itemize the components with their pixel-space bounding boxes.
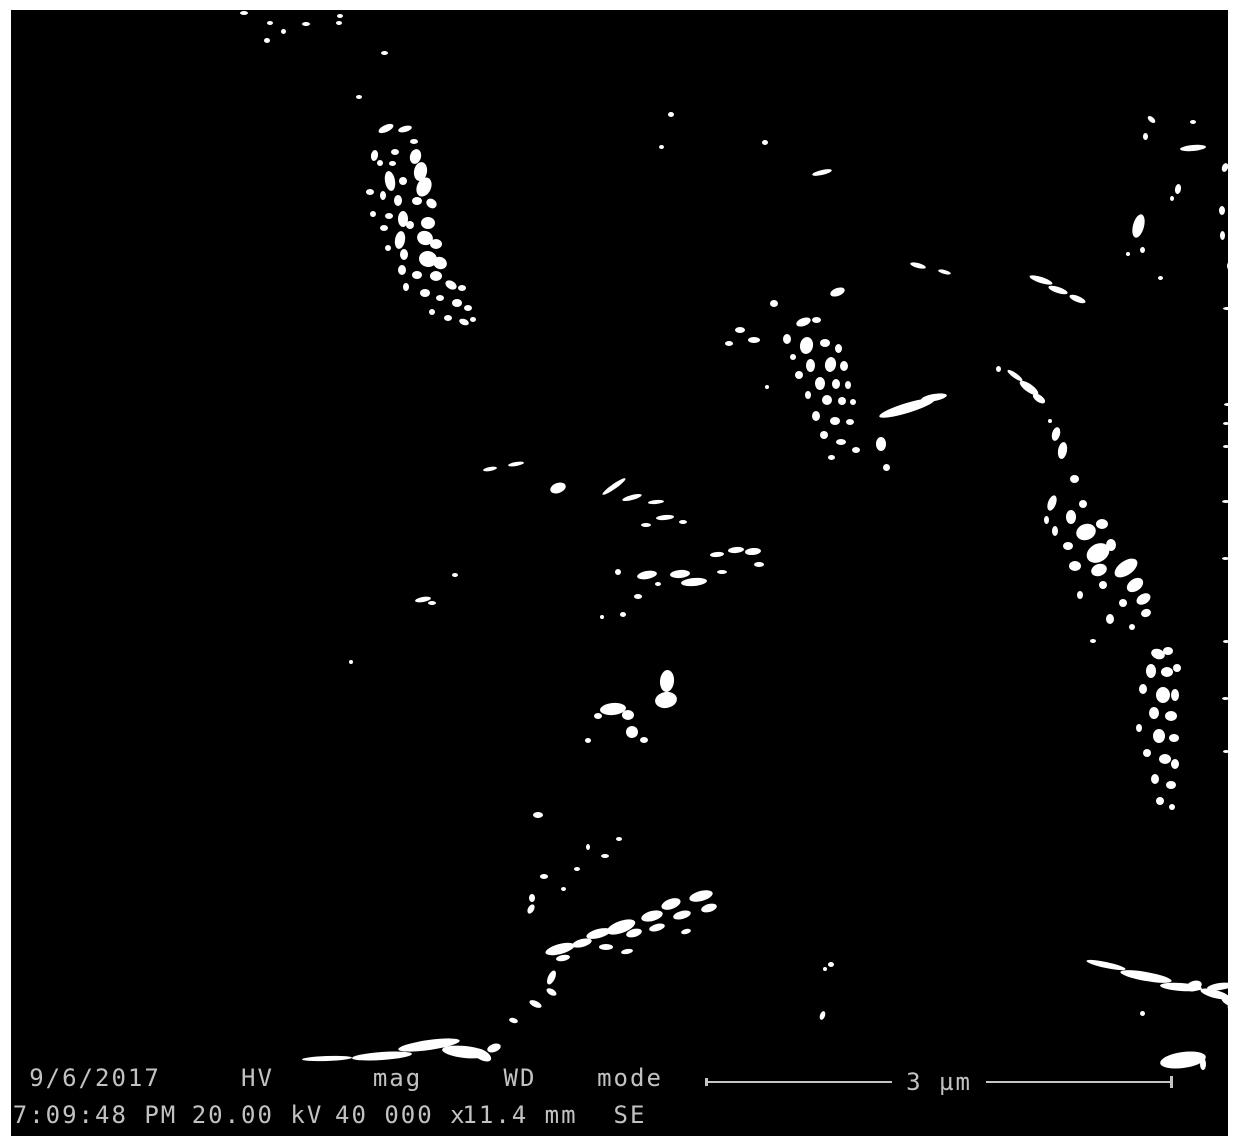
particle-blob	[1077, 591, 1083, 599]
particle-blob	[1223, 445, 1228, 448]
particle-blob	[1158, 276, 1163, 280]
particle-blob	[601, 854, 609, 858]
particle-blob	[470, 317, 476, 322]
particle-blob	[429, 309, 435, 315]
particle-blob	[410, 139, 418, 144]
particle-blob	[1106, 614, 1114, 624]
particle-blob	[670, 569, 691, 579]
particle-blob	[634, 594, 642, 599]
particle-blob	[745, 547, 762, 555]
particle-blob	[648, 499, 664, 504]
particle-blob	[436, 295, 444, 301]
particle-blob	[710, 551, 724, 557]
particle-blob	[428, 601, 436, 605]
particle-blob	[838, 397, 846, 405]
particle-blob	[795, 316, 812, 329]
particle-blob	[1089, 562, 1108, 579]
particle-blob	[921, 392, 948, 403]
particle-blob	[337, 14, 343, 18]
particle-blob	[828, 962, 834, 967]
particle-blob	[545, 969, 558, 986]
databar-value-date-time: 7:09:48 PM	[11, 1097, 180, 1134]
particle-blob	[1227, 262, 1228, 270]
particle-blob	[420, 289, 430, 297]
particle-blob	[654, 690, 678, 710]
particle-blob	[655, 582, 661, 586]
particle-blob	[1057, 441, 1069, 459]
databar-field-mag: mag40 000 x	[335, 1060, 460, 1134]
particle-blob	[795, 371, 803, 379]
particle-blob	[641, 523, 651, 527]
particle-blob	[381, 51, 388, 55]
databar-label-date-time: 9/6/2017	[11, 1060, 180, 1097]
particle-blob	[1156, 797, 1164, 805]
particle-blob	[394, 230, 407, 249]
sem-screenshot-page: { "databar": { "fields": [ { "label": "9…	[0, 0, 1240, 1143]
particle-blob	[1140, 1011, 1145, 1016]
particle-blob	[281, 29, 286, 34]
particle-blob	[533, 812, 543, 818]
particle-blob	[601, 476, 627, 496]
particle-blob	[240, 11, 248, 15]
particle-blob	[1074, 521, 1098, 543]
databar-label-wd: WD	[460, 1060, 580, 1097]
particle-blob	[1140, 608, 1152, 619]
particle-blob	[754, 562, 764, 567]
particle-blob	[1149, 707, 1159, 719]
particle-blob	[444, 279, 458, 292]
particle-blob	[383, 170, 396, 191]
particle-blob	[1139, 684, 1147, 694]
particle-blob	[996, 366, 1001, 372]
particle-blob	[830, 417, 840, 425]
particle-blob	[1222, 697, 1228, 700]
particle-blob	[783, 334, 791, 344]
particle-blob	[1223, 640, 1228, 643]
particle-blob	[377, 122, 394, 135]
particle-blob	[264, 38, 270, 43]
particle-blob	[483, 466, 497, 472]
particle-blob	[380, 225, 388, 231]
particle-blob	[1099, 581, 1107, 589]
particle-blob	[1079, 500, 1087, 508]
particle-blob	[391, 149, 399, 155]
particle-blob	[828, 455, 835, 460]
particle-blob	[836, 439, 846, 445]
particle-blob	[400, 249, 408, 260]
particle-blob	[668, 112, 674, 117]
particle-blob	[883, 464, 890, 471]
particle-blob	[640, 908, 664, 923]
particle-blob	[681, 577, 708, 587]
particle-blob	[648, 922, 665, 933]
particle-blob	[660, 896, 682, 912]
particle-blob	[586, 844, 590, 850]
particle-blob	[852, 447, 860, 453]
particle-blob	[556, 954, 571, 962]
particle-blob	[700, 902, 718, 914]
databar-field-hv: HV20.00 kV	[185, 1060, 330, 1134]
particle-blob	[1119, 599, 1127, 607]
particle-blob	[1169, 734, 1179, 742]
particle-blob	[398, 265, 406, 275]
particle-blob	[406, 221, 414, 229]
particle-blob	[508, 461, 524, 468]
particle-blob	[540, 874, 548, 879]
particle-blob	[1207, 981, 1228, 992]
particle-blob	[1129, 624, 1135, 630]
particle-blob	[845, 381, 851, 389]
particle-blob	[640, 737, 648, 743]
particle-blob	[876, 437, 886, 451]
particle-blob	[659, 145, 664, 149]
particle-blob	[1086, 958, 1126, 972]
particle-blob	[1096, 519, 1108, 529]
particle-blob	[1063, 542, 1073, 550]
databar-label-mode: mode	[590, 1060, 670, 1097]
databar-field-mode: modeSE	[590, 1060, 670, 1134]
particle-blob	[574, 867, 580, 871]
particle-blob	[412, 271, 422, 279]
particle-blob	[1048, 419, 1052, 423]
particle-blob	[370, 211, 376, 217]
particle-blob	[1180, 144, 1206, 152]
particle-blob	[835, 344, 842, 353]
particle-blob	[1224, 403, 1228, 406]
particle-blob	[549, 481, 567, 496]
particle-blob	[1223, 422, 1228, 425]
particle-blob	[850, 399, 856, 405]
particle-blob	[616, 837, 622, 841]
particle-blob	[1140, 247, 1145, 253]
particle-blob	[1069, 561, 1081, 571]
particle-blob	[600, 615, 604, 619]
particle-blob	[1223, 307, 1228, 310]
particle-blob	[599, 944, 613, 950]
databar-value-mag: 40 000 x	[335, 1097, 460, 1134]
particle-blob	[424, 197, 438, 211]
particle-blob	[1135, 591, 1153, 607]
databar-label-mag: mag	[335, 1060, 460, 1097]
particle-blob	[815, 377, 825, 390]
particle-blob	[672, 909, 691, 921]
particle-blob	[1050, 426, 1061, 442]
particle-blob	[1070, 475, 1079, 483]
particle-blob	[1126, 252, 1130, 256]
particle-blob	[380, 191, 386, 200]
particle-blob	[394, 195, 402, 206]
particle-blob	[1048, 284, 1069, 296]
particle-blob	[659, 669, 675, 692]
particle-blob	[829, 286, 846, 299]
particle-blob	[1143, 749, 1151, 757]
databar-value-wd: 11.4 mm	[460, 1097, 580, 1134]
particle-blob	[1173, 664, 1181, 672]
particle-blob	[819, 1010, 827, 1020]
scale-bar-right-tick	[1170, 1076, 1173, 1088]
scale-bar-label: 3 µm	[892, 1068, 986, 1096]
particle-blob	[430, 239, 442, 249]
particle-blob	[621, 948, 634, 955]
scale-bar-line-left	[708, 1081, 892, 1083]
particle-blob	[790, 354, 796, 360]
particle-blob	[421, 217, 435, 229]
particle-blob	[717, 570, 727, 574]
particle-blob	[762, 140, 768, 145]
particle-blob	[812, 168, 833, 177]
particle-blob	[679, 520, 687, 524]
particle-blob	[620, 612, 626, 617]
particle-blob	[1170, 196, 1174, 201]
particle-blob	[1165, 711, 1177, 721]
particle-blob	[626, 726, 638, 738]
particle-blob	[910, 261, 927, 270]
scale-bar: 3 µm	[705, 1062, 1173, 1102]
particle-blob	[412, 197, 422, 205]
particle-blob	[824, 356, 837, 373]
particle-blob	[397, 124, 412, 133]
particle-blob	[622, 710, 634, 720]
particle-blob	[1044, 516, 1049, 524]
particle-blob	[403, 283, 409, 291]
particle-blob	[267, 21, 273, 25]
particle-blob	[1171, 759, 1179, 769]
particle-blob	[688, 888, 714, 904]
particle-blob	[385, 245, 391, 251]
particle-blob	[1130, 213, 1147, 239]
particle-blob	[377, 160, 383, 166]
particle-blob	[1068, 293, 1086, 305]
particle-blob	[1146, 115, 1156, 125]
particle-blob	[385, 213, 393, 219]
particle-blob	[1046, 494, 1059, 512]
particle-blob	[1174, 184, 1182, 195]
particle-blob	[444, 315, 452, 321]
particle-blob	[622, 492, 643, 502]
particle-blob	[1223, 750, 1228, 753]
particle-blob	[1222, 557, 1228, 560]
particle-blob	[585, 738, 591, 743]
particle-blob	[636, 569, 657, 580]
particle-blob	[823, 967, 827, 971]
particle-blob	[389, 161, 396, 166]
particle-blob	[725, 341, 733, 346]
particle-blob	[349, 660, 353, 664]
particle-blob	[1066, 510, 1076, 524]
particle-blob	[336, 21, 342, 25]
particle-blob	[1161, 667, 1173, 677]
scale-bar-line-right	[986, 1081, 1170, 1083]
particle-blob	[302, 22, 310, 26]
particle-blob	[464, 305, 472, 311]
particle-blob	[735, 327, 745, 333]
particle-blob	[458, 317, 469, 326]
particle-blob	[528, 999, 542, 1010]
particle-blob	[1090, 639, 1096, 643]
particle-blob	[799, 336, 815, 355]
databar-value-mode: SE	[590, 1097, 670, 1134]
particle-blob	[805, 391, 811, 399]
particle-blob	[526, 903, 536, 915]
sem-micrograph-frame: 9/6/20177:09:48 PMHV20.00 kVmag40 000 xW…	[11, 10, 1228, 1136]
particle-blob	[356, 95, 362, 99]
particle-blob	[748, 337, 760, 343]
sem-databar: 9/6/20177:09:48 PMHV20.00 kVmag40 000 xW…	[11, 1060, 1228, 1136]
particle-blob	[1136, 724, 1142, 732]
particle-blob	[728, 546, 744, 553]
particle-blob	[1171, 689, 1179, 701]
particle-blob	[430, 271, 442, 281]
particle-blob	[366, 189, 374, 195]
particle-blob	[832, 379, 840, 389]
particle-blob	[681, 928, 692, 935]
databar-field-wd: WD11.4 mm	[460, 1060, 580, 1134]
particle-blob	[452, 299, 462, 307]
particle-blob	[1220, 231, 1225, 240]
particle-blob	[1052, 526, 1058, 536]
databar-label-hv: HV	[185, 1060, 330, 1097]
particle-blob	[594, 713, 602, 719]
particle-blob	[656, 514, 674, 521]
particle-blob	[458, 285, 466, 291]
particle-blob	[1146, 664, 1156, 678]
particle-blob	[1143, 133, 1148, 140]
particle-blob	[452, 573, 458, 577]
databar-value-hv: 20.00 kV	[185, 1097, 330, 1134]
particle-blob	[806, 359, 815, 372]
particle-blob	[938, 268, 952, 275]
particle-blob	[615, 569, 621, 575]
particle-blob	[1159, 754, 1171, 764]
particle-blob	[1169, 804, 1175, 810]
particle-blob	[846, 419, 854, 425]
particle-blob	[1190, 120, 1196, 124]
particle-blob	[1031, 392, 1046, 406]
particle-blob	[820, 431, 828, 439]
particle-blob	[770, 300, 778, 307]
particle-blob	[1151, 774, 1159, 784]
particle-blob	[1106, 539, 1116, 551]
particle-blob	[812, 317, 821, 323]
particle-blob	[561, 887, 566, 891]
particle-blob	[1166, 781, 1176, 789]
particle-blob	[812, 411, 820, 421]
databar-field-date-time: 9/6/20177:09:48 PM	[11, 1060, 180, 1134]
particle-blob	[840, 361, 848, 371]
particle-blob	[399, 177, 407, 185]
particle-blob	[1153, 729, 1165, 743]
particle-blob	[1163, 647, 1173, 655]
particle-blob	[820, 339, 830, 347]
particle-blob	[545, 987, 558, 998]
particle-blob	[1156, 687, 1170, 703]
particle-blob	[822, 395, 832, 405]
particle-blob	[1221, 162, 1228, 173]
particle-blob	[765, 385, 769, 389]
particle-blob	[1219, 206, 1225, 215]
particle-blob	[529, 894, 535, 902]
particle-blob	[509, 1017, 519, 1024]
particle-blob	[1124, 575, 1146, 595]
particle-blob	[1222, 500, 1228, 503]
particle-blob	[486, 1042, 502, 1054]
